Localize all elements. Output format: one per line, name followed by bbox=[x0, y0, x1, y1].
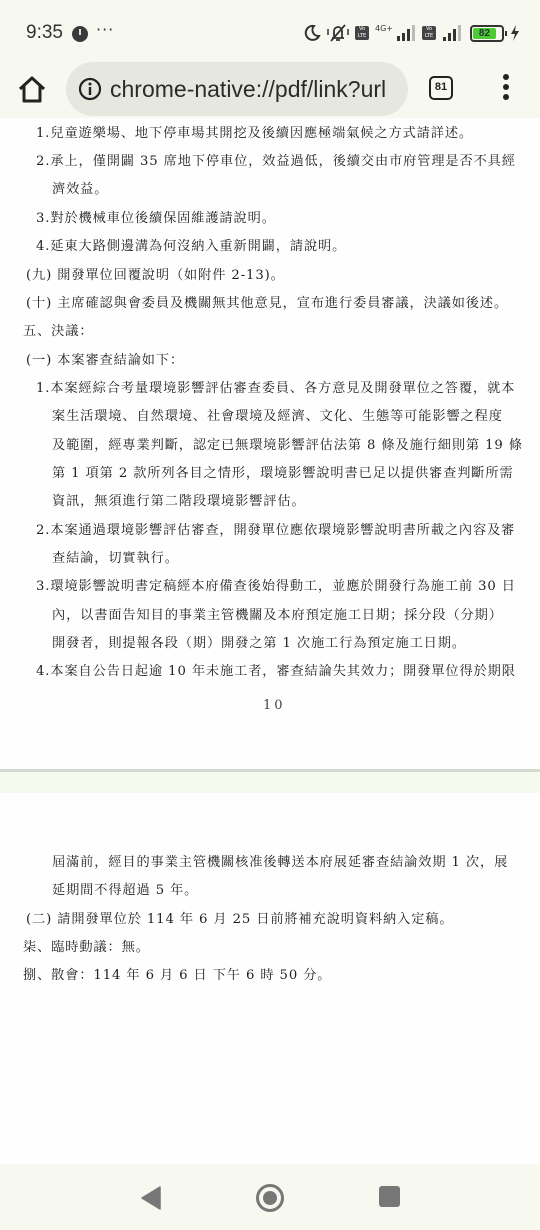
url-bar[interactable]: chrome-native://pdf/link?url bbox=[66, 62, 408, 116]
status-bar: 9:35 ··· Vo LTE 4G+ Vo LTE 82 bbox=[0, 0, 540, 60]
doc-line: 開發者，則提報各段（期）開發之第 1 次施工行為預定施工日期。 bbox=[52, 632, 466, 651]
signal-strength-sim2-icon bbox=[442, 25, 464, 41]
home-nav-button[interactable] bbox=[256, 1184, 284, 1212]
doc-line: 1.兒童遊樂場、地下停車場其開挖及後續因應極端氣候之方式請詳述。 bbox=[36, 122, 473, 141]
section-heading: 捌、散會：114 年 6 月 6 日 下午 6 時 50 分。 bbox=[23, 964, 331, 983]
doc-line: 案生活環境、自然環境、社會環境及經濟、文化、生態等可能影響之程度 bbox=[52, 405, 503, 424]
menu-dot-icon bbox=[503, 74, 509, 80]
doc-line: (二) 請開發單位於 114 年 6 月 25 日前將補充說明資料納入定稿。 bbox=[26, 908, 454, 927]
doc-line: (十) 主席確認與會委員及機關無其他意見，宣布進行委員審議，決議如後述。 bbox=[26, 292, 508, 311]
doc-line: 內，以書面告知目的事業主管機關及本府預定施工日期；採分段（分期） bbox=[52, 604, 503, 623]
page-number: 10 bbox=[263, 698, 286, 713]
doc-line: (一) 本案審查結論如下： bbox=[26, 349, 184, 368]
signal-strength-icon bbox=[396, 25, 416, 41]
doc-line: 濟效益。 bbox=[52, 178, 108, 197]
volte-icon: Vo LTE bbox=[355, 26, 369, 40]
doc-line: (九) 開發單位回覆說明（如附件 2-13)。 bbox=[26, 264, 285, 283]
menu-dot-icon bbox=[503, 84, 509, 90]
pdf-page-10: 1.兒童遊樂場、地下停車場其開挖及後續因應極端氣候之方式請詳述。 2.承上，僅開… bbox=[0, 118, 540, 769]
doc-line: 延期間不得超過 5 年。 bbox=[52, 879, 198, 898]
network-type-label: 4G+ bbox=[375, 24, 393, 33]
more-notifications-icon: ··· bbox=[96, 20, 114, 39]
vibrate-off-icon bbox=[327, 23, 349, 43]
doc-line: 及範圍，經專業判斷，認定已無環境影響評估法第 8 條及施行細則第 19 條 bbox=[52, 434, 523, 453]
overflow-menu-button[interactable] bbox=[500, 74, 512, 104]
doc-line: 資訊，無須進行第二階段環境影響評估。 bbox=[52, 490, 306, 509]
pdf-viewer[interactable]: 1.兒童遊樂場、地下停車場其開挖及後續因應極端氣候之方式請詳述。 2.承上，僅開… bbox=[0, 118, 540, 1164]
doc-line: 屆滿前，經目的事業主管機關核准後轉送本府展延審查結論效期 1 次，展 bbox=[52, 851, 508, 870]
doc-line: 3.對於機械車位後續保固維護請說明。 bbox=[36, 207, 276, 226]
doc-line: 4.本案自公告日起逾 10 年未施工者，審查結論失其效力；開發單位得於期限 bbox=[36, 660, 516, 679]
volte-icon-sim2: Vo LTE bbox=[422, 26, 436, 40]
home-button[interactable] bbox=[16, 74, 48, 106]
menu-dot-icon bbox=[503, 94, 509, 100]
doc-line: 1.本案經綜合考量環境影響評估審查委員、各方意見及開發單位之答覆，就本 bbox=[36, 377, 515, 396]
tab-switcher-button[interactable]: 81 bbox=[429, 76, 453, 100]
doc-line: 第 1 項第 2 款所列各目之情形，環境影響說明書已足以提供審查判斷所需 bbox=[52, 462, 514, 481]
battery-icon: 82 bbox=[470, 25, 504, 42]
doc-line: 3.環境影響說明書定稿經本府備查後始得動工，並應於開發行為施工前 30 日 bbox=[36, 575, 516, 594]
status-icons: Vo LTE 4G+ Vo LTE 82 bbox=[303, 22, 520, 44]
section-heading: 五、決議： bbox=[23, 320, 93, 339]
pdf-page-11: 屆滿前，經目的事業主管機關核准後轉送本府展延審查結論效期 1 次，展 延期間不得… bbox=[0, 793, 540, 1164]
doc-line: 4.延東大路側邊溝為何沒納入重新開闢，請說明。 bbox=[36, 235, 346, 254]
browser-toolbar: chrome-native://pdf/link?url 81 bbox=[0, 60, 540, 118]
section-heading: 柒、臨時動議：無。 bbox=[23, 936, 150, 955]
battery-level: 82 bbox=[473, 28, 496, 39]
do-not-disturb-moon-icon bbox=[303, 24, 321, 42]
doc-line: 2.承上，僅開闢 35 席地下停車位，效益過低，後續交由市府管理是否不具經 bbox=[36, 150, 516, 169]
notification-alert-icon bbox=[72, 26, 88, 42]
url-text[interactable]: chrome-native://pdf/link?url bbox=[110, 76, 400, 103]
back-button[interactable] bbox=[140, 1186, 162, 1210]
doc-line: 查結論，切實執行。 bbox=[52, 547, 179, 566]
status-time: 9:35 bbox=[26, 22, 63, 44]
charging-bolt-icon bbox=[510, 25, 520, 41]
system-navigation-bar bbox=[0, 1164, 540, 1230]
page-separator bbox=[0, 769, 540, 793]
site-info-icon[interactable] bbox=[78, 77, 102, 101]
doc-line: 2.本案通過環境影響評估審查，開發單位應依環境影響說明書所載之內容及審 bbox=[36, 519, 515, 538]
recent-apps-button[interactable] bbox=[379, 1186, 400, 1207]
